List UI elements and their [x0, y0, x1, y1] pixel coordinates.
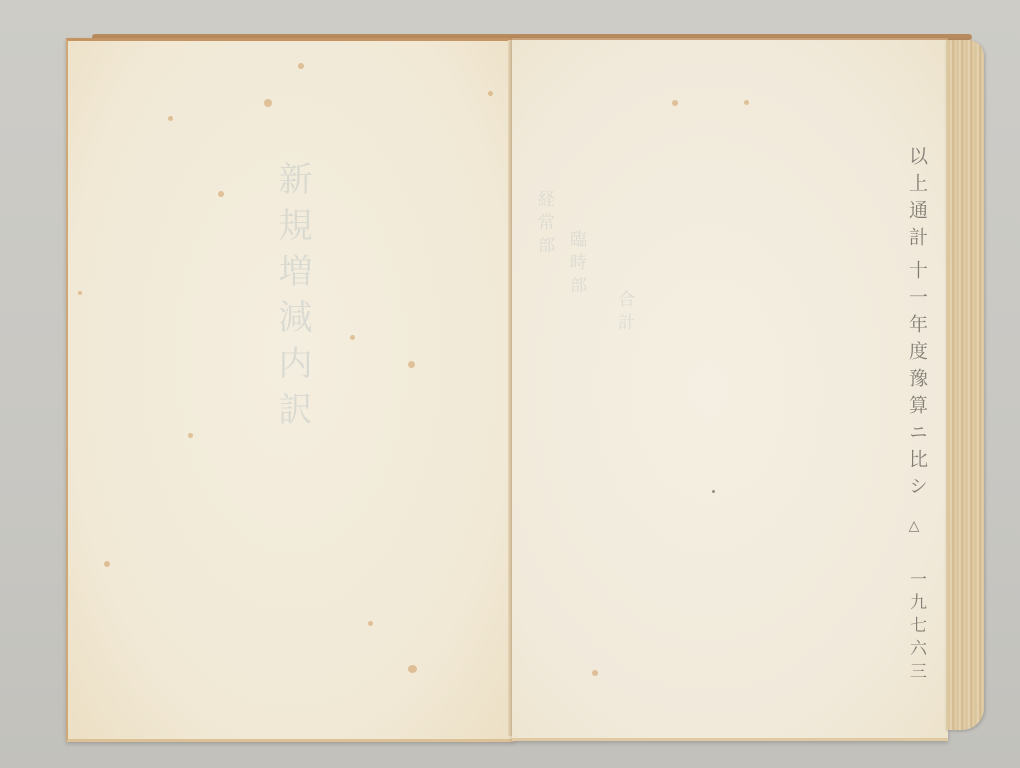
handwritten-amount: 一九七六三 [904, 570, 929, 685]
foxing-spot [298, 63, 304, 69]
foxing-spot [712, 490, 715, 493]
foxing-spot [744, 100, 749, 105]
foxing-spot [104, 561, 110, 567]
handwritten-comparison-note: 十一年度豫算ニ比シ [904, 260, 931, 503]
show-through-text: 臨時部 [564, 230, 589, 299]
foxing-spot [188, 433, 193, 438]
foxing-spot [488, 91, 493, 96]
foxing-spot [368, 621, 373, 626]
foxing-spot [408, 361, 415, 368]
decrease-mark: △ [906, 518, 922, 542]
comparison-text: 十一年度豫算ニ比シ [906, 260, 928, 503]
foxing-spot [264, 99, 272, 107]
foxing-spot [218, 191, 224, 197]
foxing-spot [350, 335, 355, 340]
foxing-spot [168, 116, 173, 121]
foxing-spot [592, 670, 598, 676]
show-through-text-left: 新規増減内訳 [268, 161, 317, 437]
left-page: 新規増減内訳 [66, 38, 514, 742]
foxing-spot [78, 291, 82, 295]
right-page: 経常部 臨時部 合計 以上通計 十一年度豫算ニ比シ △ 一九七六三 [512, 38, 948, 741]
foxing-spot [408, 665, 417, 673]
foxing-spot [672, 100, 678, 106]
handwritten-total-label: 以上通計 [904, 146, 931, 254]
fore-edge [946, 40, 984, 730]
open-book: 新規増減内訳 経常部 臨時部 合計 以上通計 十一年度豫算ニ比シ △ 一九七六三 [62, 34, 984, 740]
show-through-text: 合計 [612, 290, 637, 336]
show-through-text: 経常部 [532, 190, 557, 259]
